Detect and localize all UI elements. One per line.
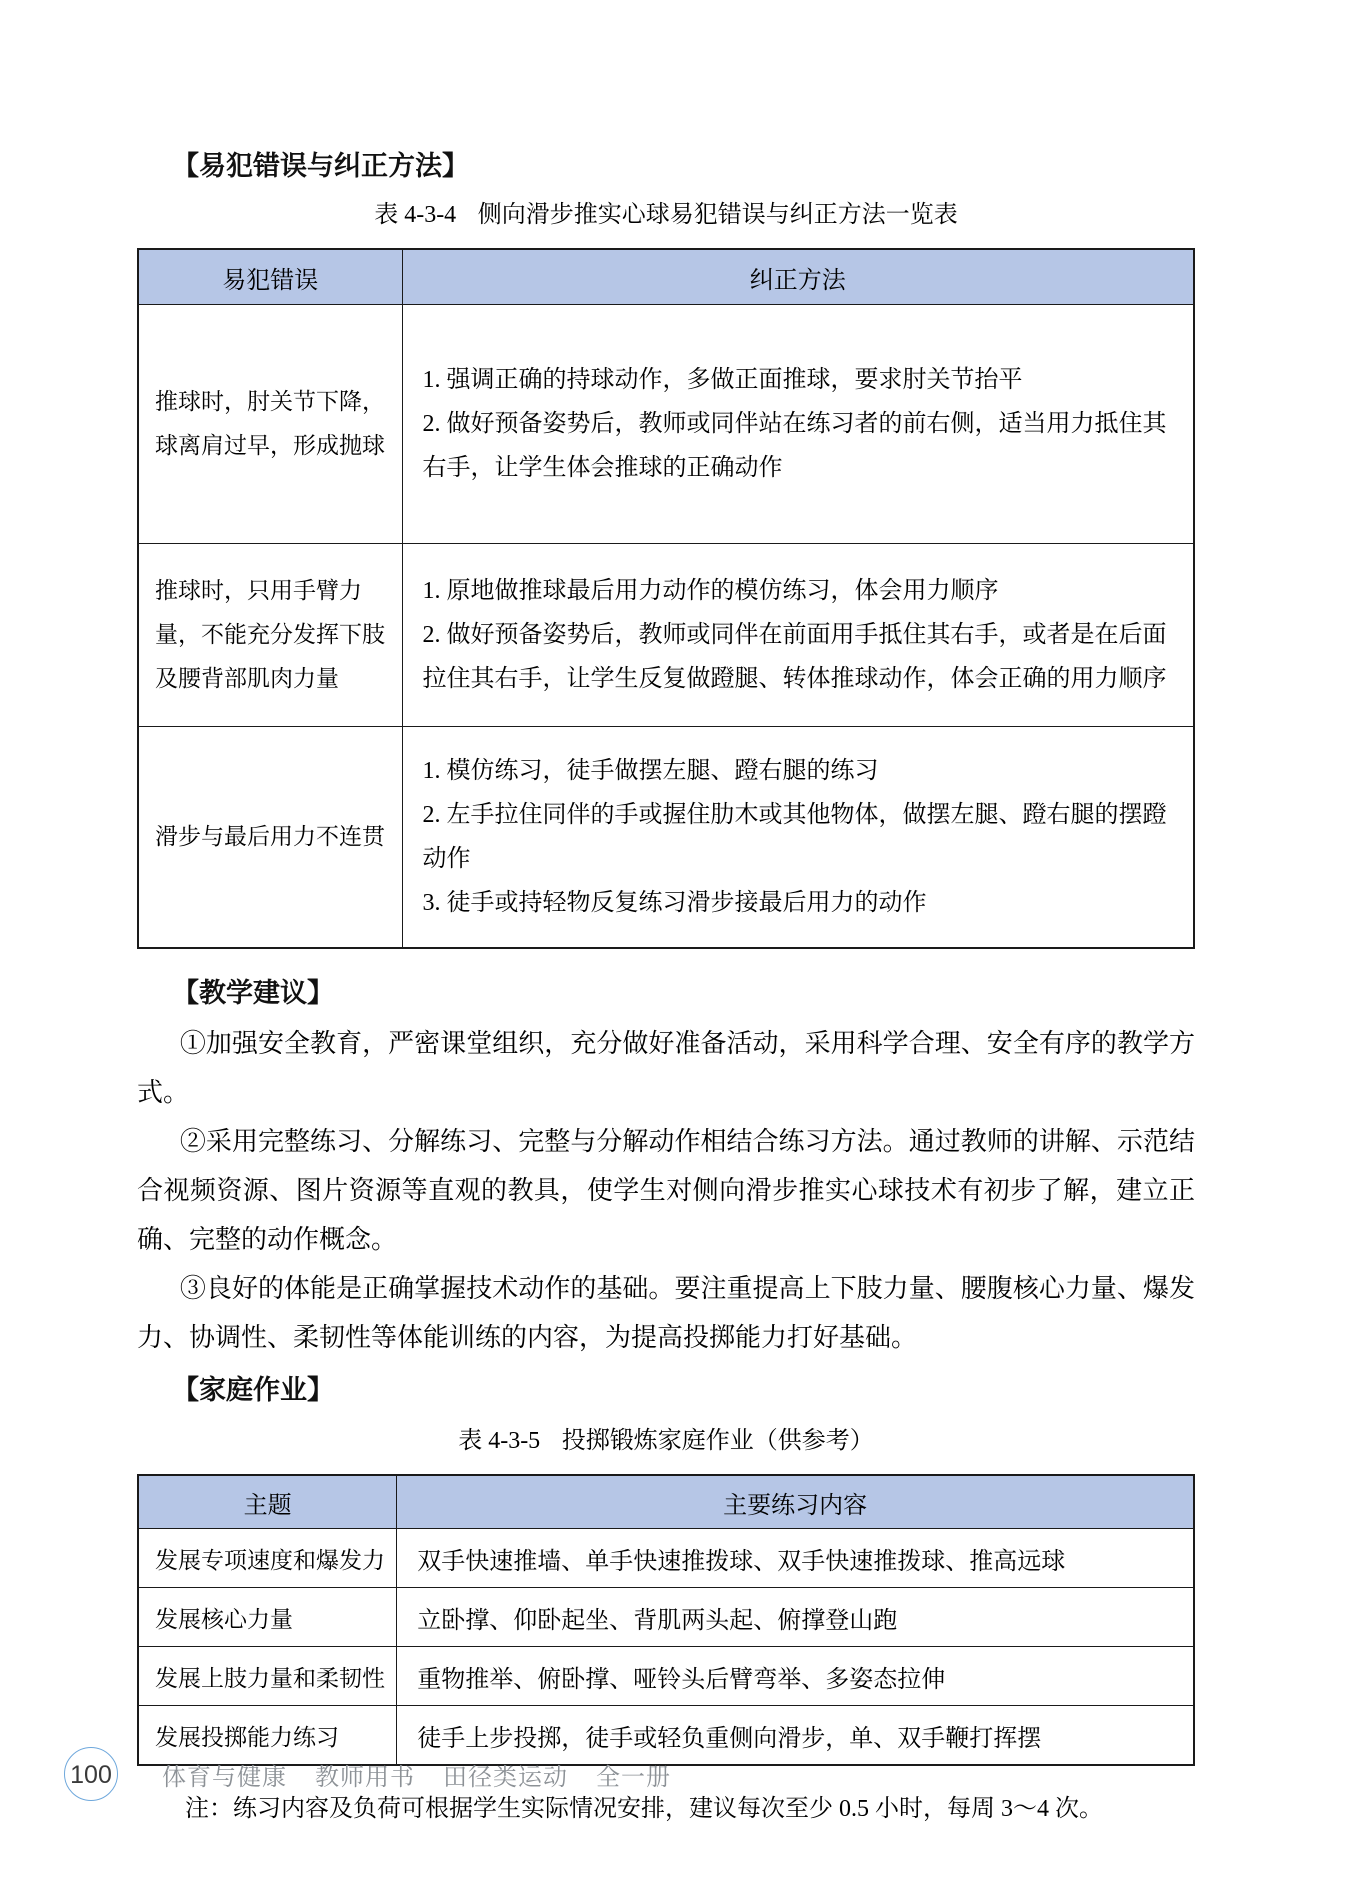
- error-cell: 滑步与最后用力不连贯: [138, 727, 402, 949]
- homework-table: 主题 主要练习内容 发展专项速度和爆发力 双手快速推墙、单手快速推拨球、双手快速…: [137, 1474, 1195, 1766]
- teaching-suggestion-1: ①加强安全教育，严密课堂组织，充分做好准备活动，采用科学合理、安全有序的教学方式…: [137, 1019, 1195, 1117]
- table-row: 发展上肢力量和柔韧性 重物推举、俯卧撑、哑铃头后臂弯举、多姿态拉伸: [138, 1647, 1194, 1706]
- table-header-row: 易犯错误 纠正方法: [138, 249, 1194, 305]
- page-footer: 100 体育与健康教师用书田径类运动全一册: [64, 1747, 671, 1801]
- teaching-suggestion-2: ②采用完整练习、分解练习、完整与分解动作相结合练习方法。通过教师的讲解、示范结合…: [137, 1117, 1195, 1264]
- page-number-badge: 100: [64, 1747, 118, 1801]
- correction-cell: 1. 原地做推球最后用力动作的模仿练习，体会用力顺序 2. 做好预备姿势后，教师…: [402, 544, 1194, 727]
- book-page: 【易犯错误与纠正方法】 表 4-3-4侧向滑步推实心球易犯错误与纠正方法一览表 …: [0, 0, 1353, 1884]
- section-heading-teaching: 【教学建议】: [172, 975, 1195, 1011]
- errors-corrections-table: 易犯错误 纠正方法 推球时，肘关节下降，球离肩过早，形成抛球 1. 强调正确的持…: [137, 248, 1195, 949]
- table-row: 发展核心力量 立卧撑、仰卧起坐、背肌两头起、俯撑登山跑: [138, 1588, 1194, 1647]
- table-header-row: 主题 主要练习内容: [138, 1475, 1194, 1529]
- correction-item: 3. 徒手或持轻物反复练习滑步接最后用力的动作: [423, 881, 1178, 925]
- teaching-suggestion-3: ③良好的体能是正确掌握技术动作的基础。要注重提高上下肢力量、腰腹核心力量、爆发力…: [137, 1264, 1195, 1362]
- table2-caption-title: 投掷锻炼家庭作业（供参考）: [562, 1428, 874, 1454]
- table-row: 发展专项速度和爆发力 双手快速推墙、单手快速推拨球、双手快速推拨球、推高远球: [138, 1529, 1194, 1588]
- correction-cell: 1. 强调正确的持球动作，多做正面推球，要求肘关节抬平 2. 做好预备姿势后，教…: [402, 305, 1194, 544]
- section-heading-errors: 【易犯错误与纠正方法】: [172, 148, 1195, 184]
- book-title-part: 田径类运动: [443, 1764, 568, 1791]
- correction-cell: 1. 模仿练习，徒手做摆左腿、蹬右腿的练习 2. 左手拉住同伴的手或握住肋木或其…: [402, 727, 1194, 949]
- table1-caption: 表 4-3-4侧向滑步推实心球易犯错误与纠正方法一览表: [137, 198, 1195, 232]
- table2-header-content: 主要练习内容: [397, 1475, 1194, 1529]
- table1-header-error: 易犯错误: [138, 249, 402, 305]
- section-heading-homework: 【家庭作业】: [172, 1372, 1195, 1408]
- correction-item: 2. 左手拉住同伴的手或握住肋木或其他物体，做摆左腿、蹬右腿的摆蹬动作: [423, 793, 1178, 881]
- book-title: 体育与健康教师用书田径类运动全一册: [162, 1757, 671, 1792]
- book-title-part: 全一册: [596, 1764, 671, 1791]
- theme-cell: 发展上肢力量和柔韧性: [138, 1647, 397, 1706]
- correction-item: 2. 做好预备姿势后，教师或同伴站在练习者的前右侧，适当用力抵住其右手，让学生体…: [423, 402, 1178, 490]
- error-cell: 推球时，只用手臂力量，不能充分发挥下肢及腰背部肌肉力量: [138, 544, 402, 727]
- correction-item: 2. 做好预备姿势后，教师或同伴在前面用手抵住其右手，或者是在后面拉住其右手，让…: [423, 613, 1178, 701]
- table-row: 推球时，只用手臂力量，不能充分发挥下肢及腰背部肌肉力量 1. 原地做推球最后用力…: [138, 544, 1194, 727]
- table-row: 滑步与最后用力不连贯 1. 模仿练习，徒手做摆左腿、蹬右腿的练习 2. 左手拉住…: [138, 727, 1194, 949]
- table2-caption-label: 表 4-3-5: [458, 1428, 540, 1454]
- theme-cell: 发展核心力量: [138, 1588, 397, 1647]
- table1-caption-label: 表 4-3-4: [374, 202, 456, 228]
- page-content: 【易犯错误与纠正方法】 表 4-3-4侧向滑步推实心球易犯错误与纠正方法一览表 …: [137, 148, 1195, 1826]
- table2-caption: 表 4-3-5投掷锻炼家庭作业（供参考）: [137, 1424, 1195, 1458]
- book-title-part: 教师用书: [315, 1764, 415, 1791]
- theme-cell: 发展专项速度和爆发力: [138, 1529, 397, 1588]
- content-cell: 重物推举、俯卧撑、哑铃头后臂弯举、多姿态拉伸: [397, 1647, 1194, 1706]
- table1-header-correction: 纠正方法: [402, 249, 1194, 305]
- book-title-part: 体育与健康: [162, 1764, 287, 1791]
- correction-item: 1. 原地做推球最后用力动作的模仿练习，体会用力顺序: [423, 569, 1178, 613]
- content-cell: 立卧撑、仰卧起坐、背肌两头起、俯撑登山跑: [397, 1588, 1194, 1647]
- table-row: 推球时，肘关节下降，球离肩过早，形成抛球 1. 强调正确的持球动作，多做正面推球…: [138, 305, 1194, 544]
- content-cell: 双手快速推墙、单手快速推拨球、双手快速推拨球、推高远球: [397, 1529, 1194, 1588]
- table2-header-theme: 主题: [138, 1475, 397, 1529]
- table1-caption-title: 侧向滑步推实心球易犯错误与纠正方法一览表: [478, 202, 958, 228]
- correction-item: 1. 强调正确的持球动作，多做正面推球，要求肘关节抬平: [423, 358, 1178, 402]
- error-cell: 推球时，肘关节下降，球离肩过早，形成抛球: [138, 305, 402, 544]
- correction-item: 1. 模仿练习，徒手做摆左腿、蹬右腿的练习: [423, 749, 1178, 793]
